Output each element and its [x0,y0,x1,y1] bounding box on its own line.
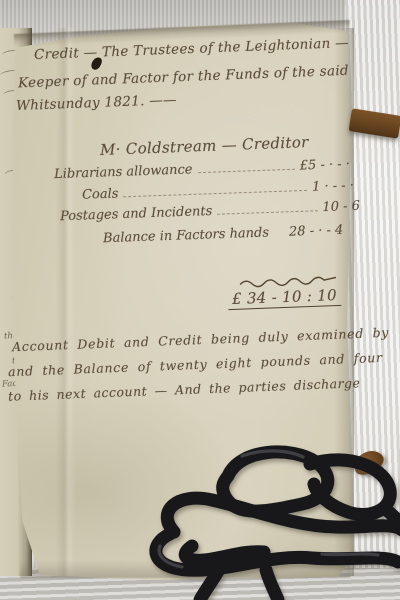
entry-amount: 1 · - - · [312,178,354,194]
entry-label: Coals [82,186,119,202]
dash-leader [217,210,317,214]
dash-leader [123,190,307,197]
black-cord [140,428,400,600]
dash-leader [198,169,295,173]
entry-amount: £5 - · - · [300,157,351,174]
photograph-of-ledger-page: 12. 7. 4. 16. the d tan Facto Credit — T… [0,0,400,600]
entry-amount: 10 - 6 [322,199,360,215]
entry-amount: 28 - · - 4 [289,223,344,240]
